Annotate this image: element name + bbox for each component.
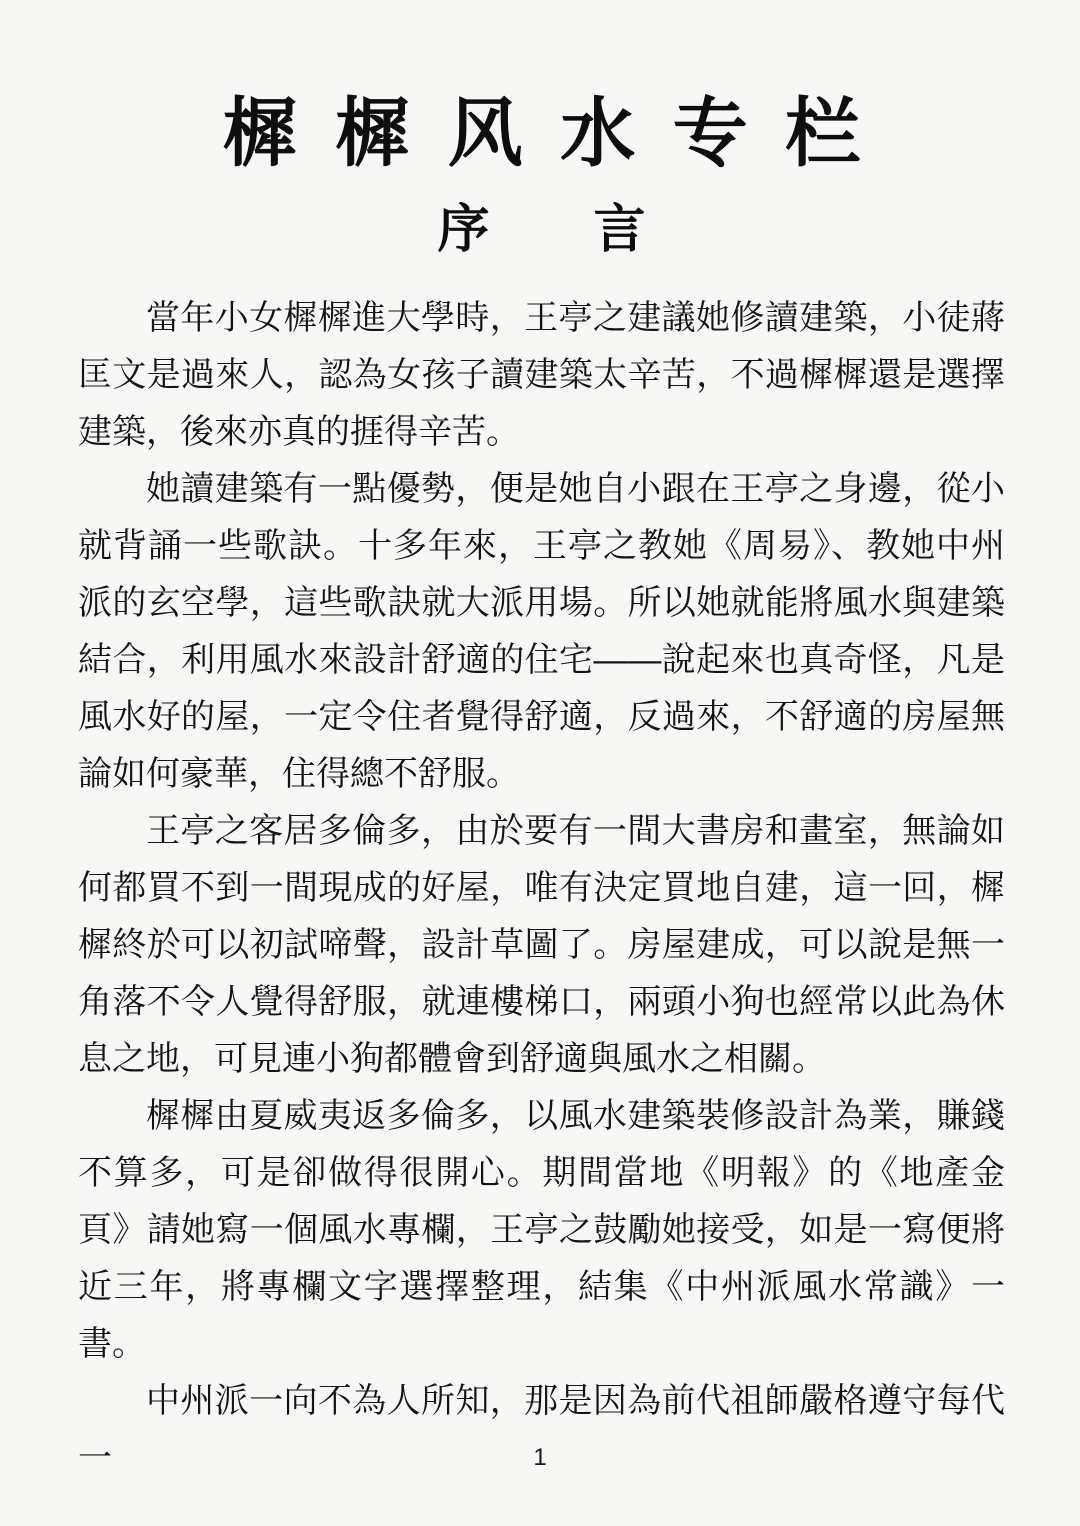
- document-body: 當年小女樨樨進大學時，王亭之建議她修讀建築，小徒蔣匡文是過來人，認為女孩子讀建築…: [78, 290, 1005, 1487]
- section-heading-preface: 序言: [78, 201, 1005, 261]
- paragraph: 樨樨由夏威夷返多倫多，以風水建築裝修設計為業，賺錢不算多，可是卻做得很開心。期間…: [78, 1088, 1005, 1373]
- paragraph: 她讀建築有一點優勢，便是她自小跟在王亭之身邊，從小就背誦一些歌訣。十多年來，王亭…: [78, 461, 1005, 803]
- page-number: 1: [0, 1444, 1080, 1472]
- document-title: 樨樨风水专栏: [78, 0, 1005, 175]
- document-page: 樨樨风水专栏 序言 當年小女樨樨進大學時，王亭之建議她修讀建築，小徒蔣匡文是過來…: [0, 0, 1080, 1526]
- paragraph: 當年小女樨樨進大學時，王亭之建議她修讀建築，小徒蔣匡文是過來人，認為女孩子讀建築…: [78, 290, 1005, 461]
- paragraph: 王亭之客居多倫多，由於要有一間大書房和畫室，無論如何都買不到一間現成的好屋，唯有…: [78, 803, 1005, 1088]
